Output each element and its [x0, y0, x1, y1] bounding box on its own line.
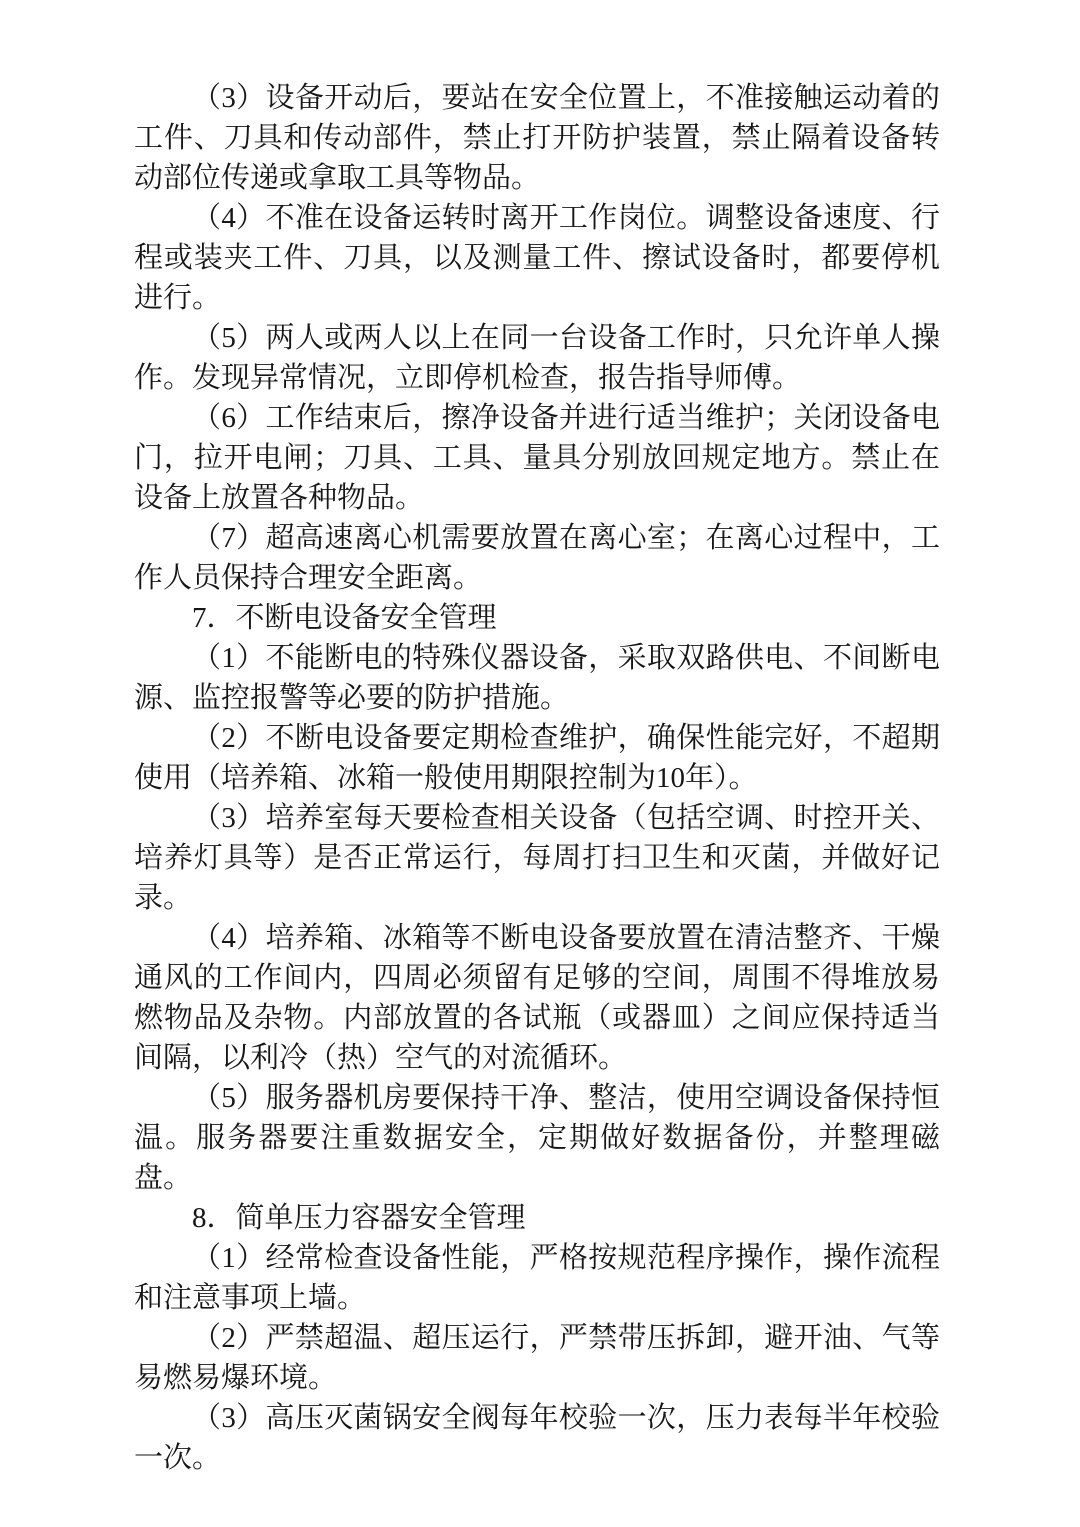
paragraph-equipment-rule-6: （6）工作结束后，擦净设备并进行适当维护；关闭设备电门，拉开电闸；刀具、工具、量… [134, 398, 940, 518]
paragraph-equipment-rule-7: （7）超高速离心机需要放置在离心室；在离心过程中，工作人员保持合理安全距离。 [134, 518, 940, 598]
document-body: （3）设备开动后，要站在安全位置上，不准接触运动着的工件、刀具和传动部件，禁止打… [134, 78, 940, 1478]
paragraph-pressure-rule-3: （3）高压灭菌锅安全阀每年校验一次，压力表每半年校验一次。 [134, 1398, 940, 1478]
paragraph-equipment-rule-4: （4）不准在设备运转时离开工作岗位。调整设备速度、行程或装夹工件、刀具，以及测量… [134, 198, 940, 318]
paragraph-ups-rule-1: （1）不能断电的特殊仪器设备，采取双路供电、不间断电源、监控报警等必要的防护措施… [134, 638, 940, 718]
paragraph-pressure-rule-2: （2）严禁超温、超压运行，严禁带压拆卸，避开油、气等易燃易爆环境。 [134, 1318, 940, 1398]
paragraph-pressure-rule-1: （1）经常检查设备性能，严格按规范程序操作，操作流程和注意事项上墙。 [134, 1238, 940, 1318]
section-heading-7-ups-equipment: 7．不断电设备安全管理 [134, 598, 940, 638]
document-page: （3）设备开动后，要站在安全位置上，不准接触运动着的工件、刀具和传动部件，禁止打… [0, 0, 1080, 1527]
paragraph-ups-rule-2: （2）不断电设备要定期检查维护，确保性能完好，不超期使用（培养箱、冰箱一般使用期… [134, 718, 940, 798]
paragraph-ups-rule-5: （5）服务器机房要保持干净、整洁，使用空调设备保持恒温。服务器要注重数据安全，定… [134, 1078, 940, 1198]
paragraph-ups-rule-3: （3）培养室每天要检查相关设备（包括空调、时控开关、培养灯具等）是否正常运行，每… [134, 798, 940, 918]
section-heading-8-pressure-vessel: 8．简单压力容器安全管理 [134, 1198, 940, 1238]
paragraph-ups-rule-4: （4）培养箱、冰箱等不断电设备要放置在清洁整齐、干燥通风的工作间内，四周必须留有… [134, 918, 940, 1078]
paragraph-equipment-rule-3: （3）设备开动后，要站在安全位置上，不准接触运动着的工件、刀具和传动部件，禁止打… [134, 78, 940, 198]
paragraph-equipment-rule-5: （5）两人或两人以上在同一台设备工作时，只允许单人操作。发现异常情况，立即停机检… [134, 318, 940, 398]
